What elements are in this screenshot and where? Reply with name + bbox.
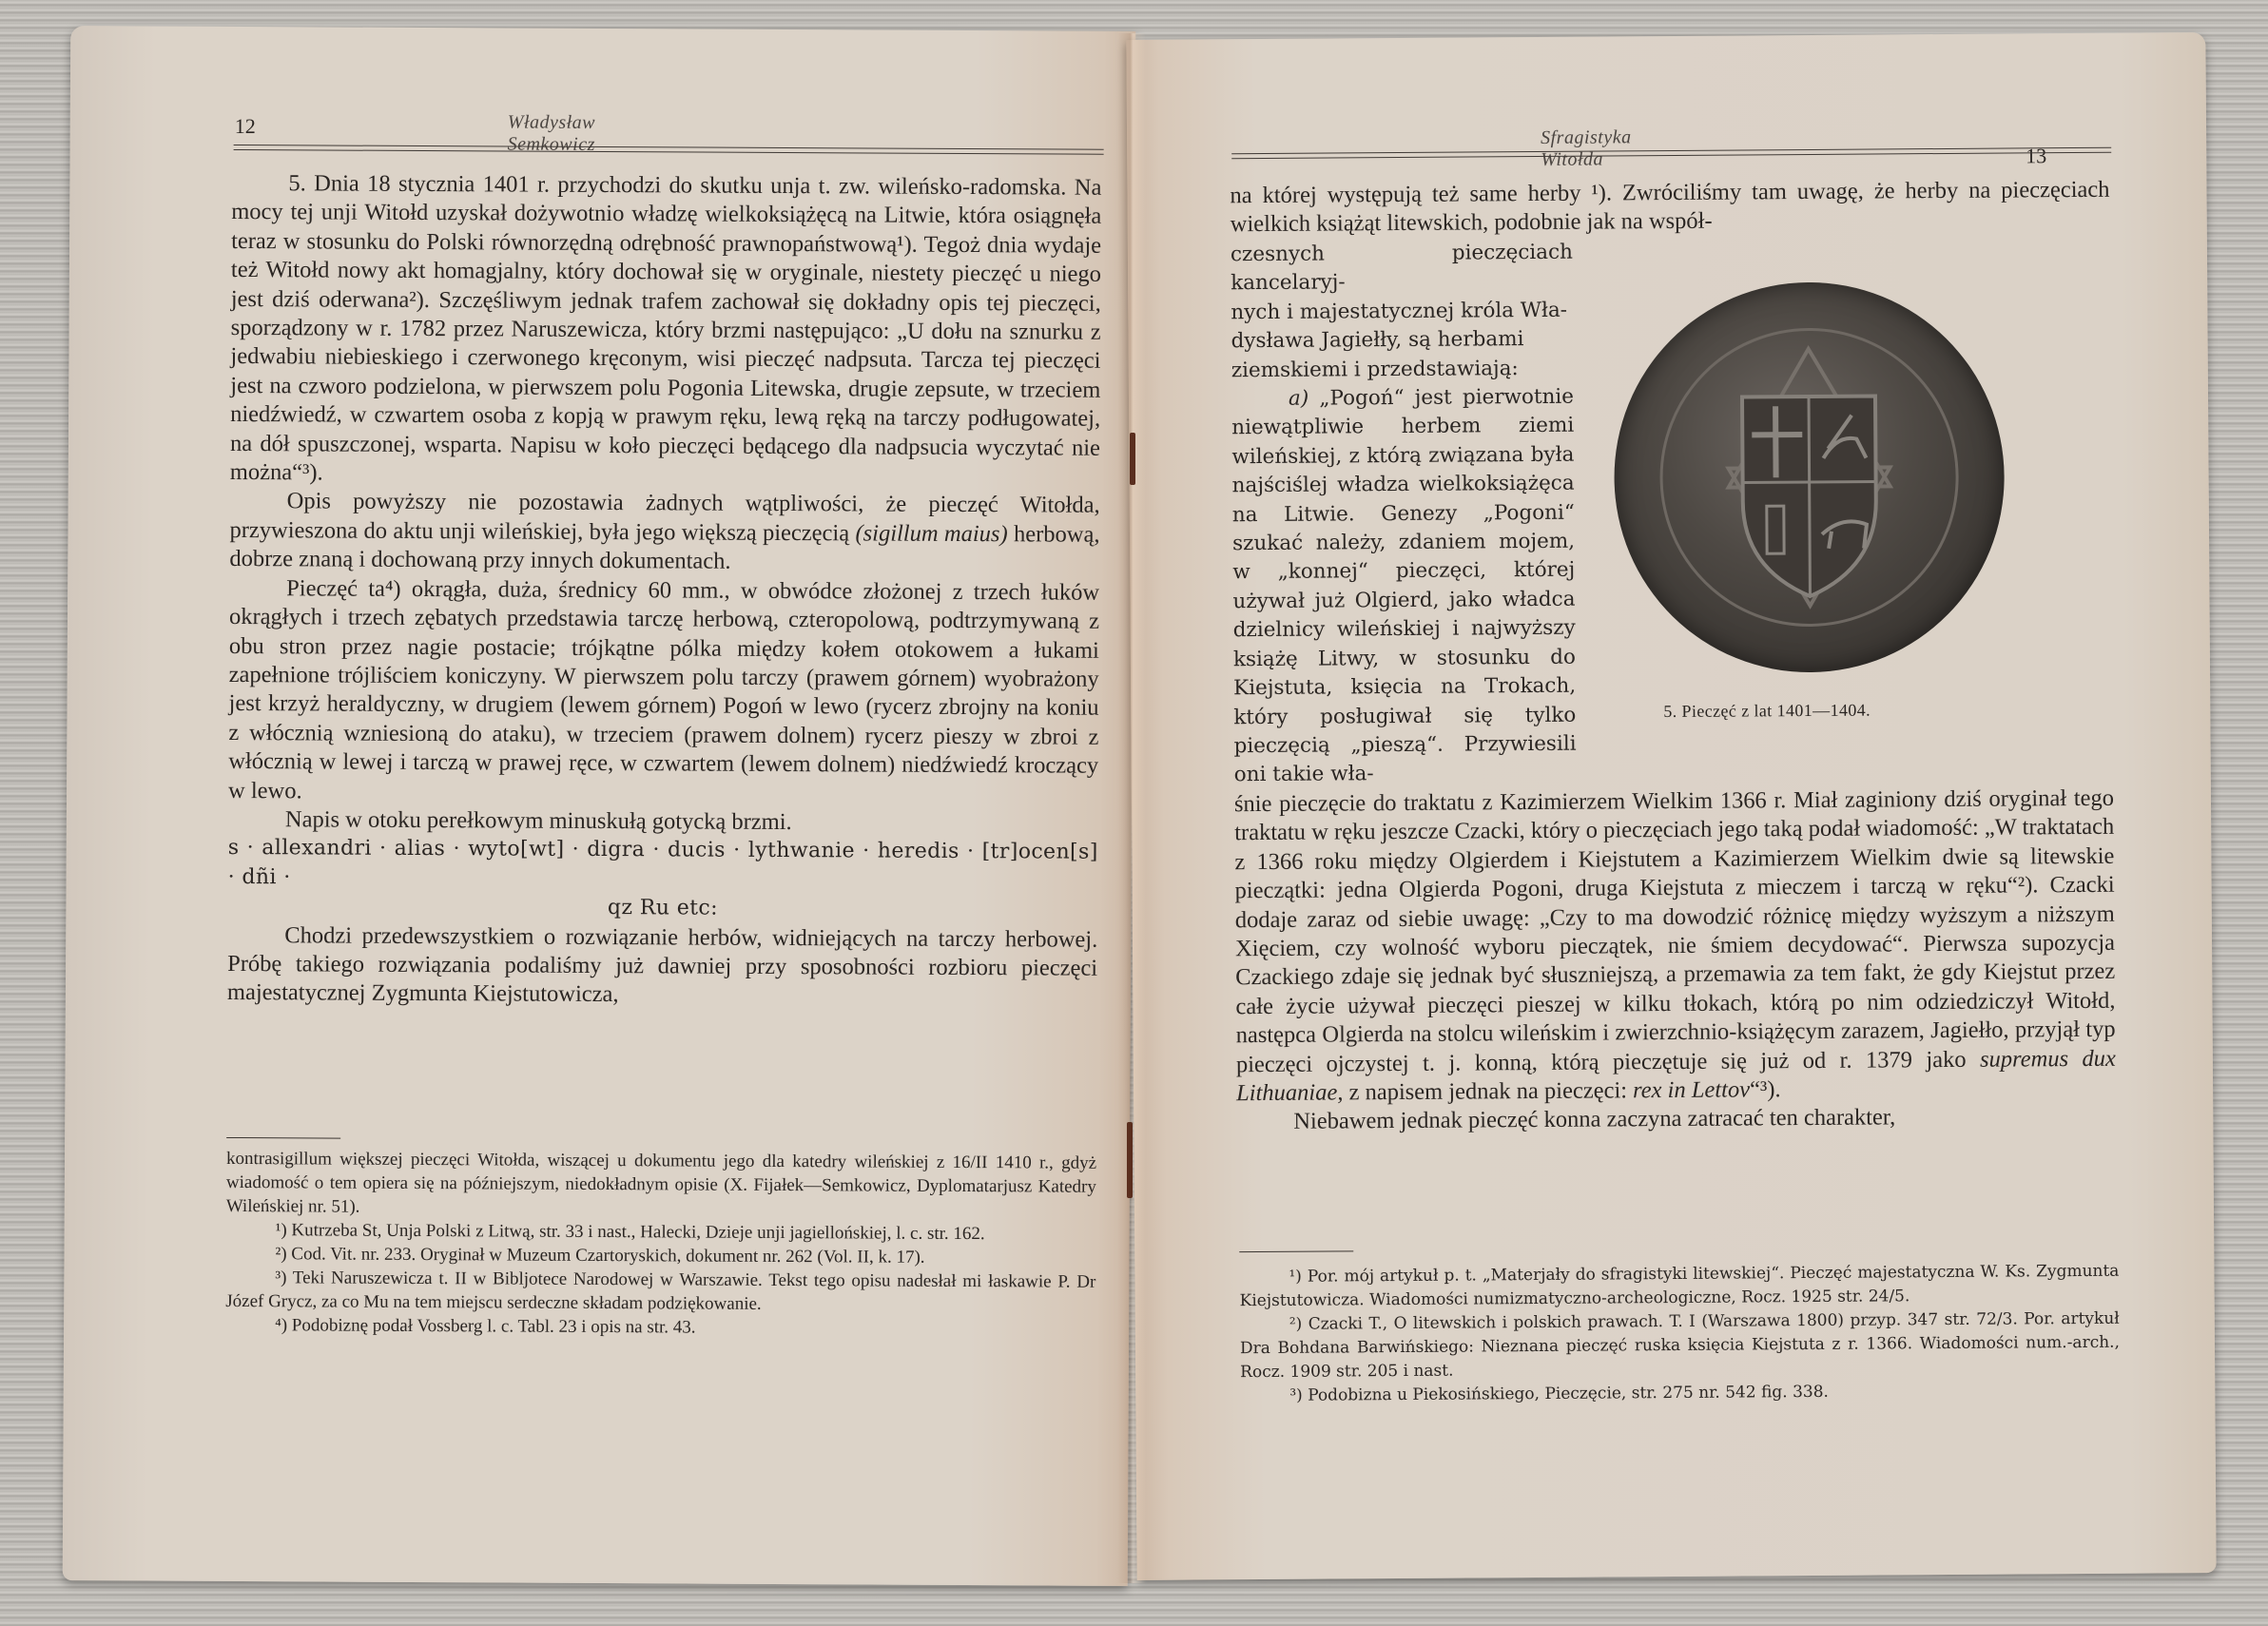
paragraph-part: “³). [1750, 1076, 1781, 1102]
left-page: 12 Władysław Semkowicz 5. Dnia 18 styczn… [63, 26, 1136, 1586]
running-head: Sfragistyka Witołda [1541, 126, 1632, 171]
paragraph: Niebawem jednak pieczęć konna zaczyna za… [1236, 1102, 2116, 1137]
paragraph: Chodzi przedewszystkiem o rozwiązanie he… [227, 921, 1097, 1013]
column-line: ziemskiemi i przedstawiają: [1231, 354, 1574, 385]
list-text: „Pogoń“ jest pierwotnie niewątpliwie her… [1231, 385, 1577, 787]
footnote-4: ⁴) Podobiznę podał Vossberg l. c. Tabl. … [225, 1313, 1095, 1342]
footnote-2: ²) Czacki T., O litewskich i polskich pr… [1240, 1307, 2121, 1384]
latin-term: rex in Lettov [1633, 1076, 1750, 1103]
footnote-continued: kontrasigillum większej pieczęci Witołda… [226, 1147, 1096, 1223]
column-line: dysława Jagiełły, są herbami [1231, 325, 1573, 357]
right-intro-text: na której występują też same herby ¹). Z… [1230, 176, 2109, 240]
gothic-inscription: s · allexandri · alias · wyto[wt] · digr… [228, 834, 1098, 897]
header-rule [234, 145, 1104, 155]
paragraph: Napis w otoku perełkowym minuskułą gotyc… [228, 805, 1098, 839]
header-rule [1231, 147, 2111, 159]
paragraph: Opis powyższy nie pozostawia żadnych wąt… [229, 487, 1099, 578]
paragraph: Pieczęć ta⁴) okrągła, duża, średnicy 60 … [228, 574, 1099, 810]
seal-figure: 5. Pieczęć z lat 1401—1404. [1603, 281, 2026, 797]
list-label: a) [1289, 387, 1308, 411]
paragraph-part: z napisem jednak na pieczęci: [1348, 1077, 1627, 1105]
book-gutter [1117, 33, 1146, 1583]
right-narrow-column: czesnych pieczęciach kancelaryj- nych i … [1231, 239, 1577, 790]
page-number: 12 [235, 114, 256, 139]
right-footnotes: ¹) Por. mój artykuł p. t. „Materjały do … [1239, 1260, 2120, 1408]
list-item-a: a) „Pogoń“ jest pierwotnie niewątpliwie … [1231, 383, 1577, 790]
left-footnotes: kontrasigillum większej pieczęci Witołda… [225, 1147, 1096, 1342]
footnote-3: ³) Podobizna u Piekosińskiego, Pieczęcie… [1240, 1379, 2120, 1408]
paragraph-part: śnie pieczęcie do traktatu z Kazimierzem… [1234, 785, 2116, 1077]
gothic-inscription-end: qz Ru etc: [227, 892, 1097, 925]
right-page: Sfragistyka Witołda 13 na której występu… [1126, 32, 2216, 1580]
footnote-3: ³) Teki Naruszewicza t. II w Bibljotece … [225, 1266, 1095, 1318]
binding-thread-bottom [1127, 1122, 1133, 1198]
footnote-1: ¹) Por. mój artykuł p. t. „Materjały do … [1239, 1260, 2119, 1313]
left-body-text: 5. Dnia 18 stycznia 1401 r. przychodzi d… [227, 169, 1102, 1013]
paragraph: 5. Dnia 18 stycznia 1401 r. przychodzi d… [230, 169, 1102, 492]
footnote-separator [1239, 1250, 1353, 1252]
paragraph: śnie pieczęcie do traktatu z Kazimierzem… [1234, 784, 2116, 1109]
footnote-separator [226, 1137, 340, 1139]
seal-image [1613, 281, 2006, 674]
figure-caption: 5. Pieczęć z lat 1401—1404. [1663, 701, 1871, 723]
paragraph: na której występują też same herby ¹). Z… [1230, 176, 2109, 240]
seal-shield-icon [1613, 281, 2006, 674]
binding-thread-top [1130, 433, 1135, 485]
column-line: nych i majestatycznej króla Wła- [1231, 297, 1573, 328]
right-body-text: śnie pieczęcie do traktatu z Kazimierzem… [1234, 784, 2117, 1137]
column-line: czesnych pieczęciach kancelaryj- [1231, 239, 1573, 299]
latin-term: (sigillum maius) [855, 520, 1007, 547]
